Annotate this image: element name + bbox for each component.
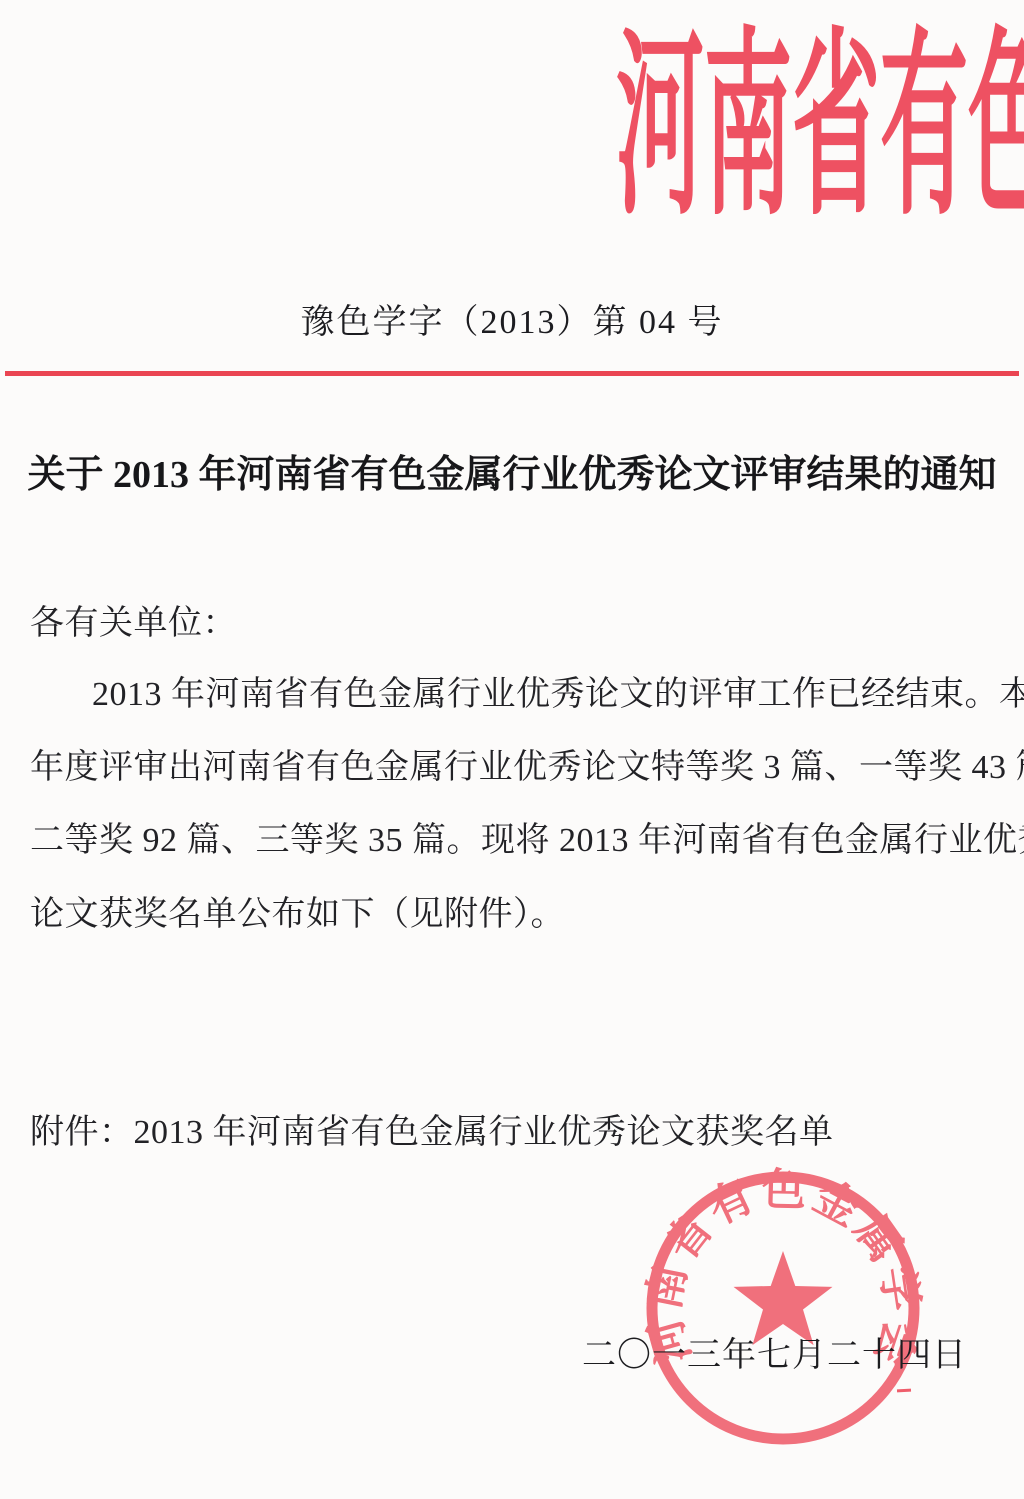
masthead: 河南省有色金属学会文件 — [0, 34, 1024, 224]
body-line: 论文获奖名单公布如下（见附件）。 — [30, 886, 1004, 935]
document-number: 豫色学字（2013）第 04 号 — [0, 294, 1024, 343]
date-text: 二〇一三年七月二十四日 — [582, 1327, 967, 1376]
document-title: 关于 2013 年河南省有色金属行业优秀论文评审结果的通知 — [0, 443, 1024, 498]
official-seal: 河南省有色金属学会 — [641, 1166, 925, 1450]
red-divider-rule — [5, 371, 1019, 376]
attachment-line: 附件：2013 年河南省有色金属行业优秀论文获奖名单 — [30, 1104, 1004, 1153]
masthead-title: 河南省有色金属学会文件 — [616, 34, 1024, 224]
scanned-official-document: 河南省有色金属学会文件 豫色学字（2013）第 04 号 关于 2013 年河南… — [0, 0, 1024, 1499]
body-line: 二等奖 92 篇、三等奖 35 篇。现将 2013 年河南省有色金属行业优秀 — [30, 812, 1004, 861]
body-line: 2013 年河南省有色金属行业优秀论文的评审工作已经结束。本 — [30, 666, 1004, 715]
salutation: 各有关单位： — [30, 595, 1004, 644]
body-line: 年度评审出河南省有色金属行业优秀论文特等奖 3 篇、一等奖 43 篇、 — [30, 739, 1004, 788]
